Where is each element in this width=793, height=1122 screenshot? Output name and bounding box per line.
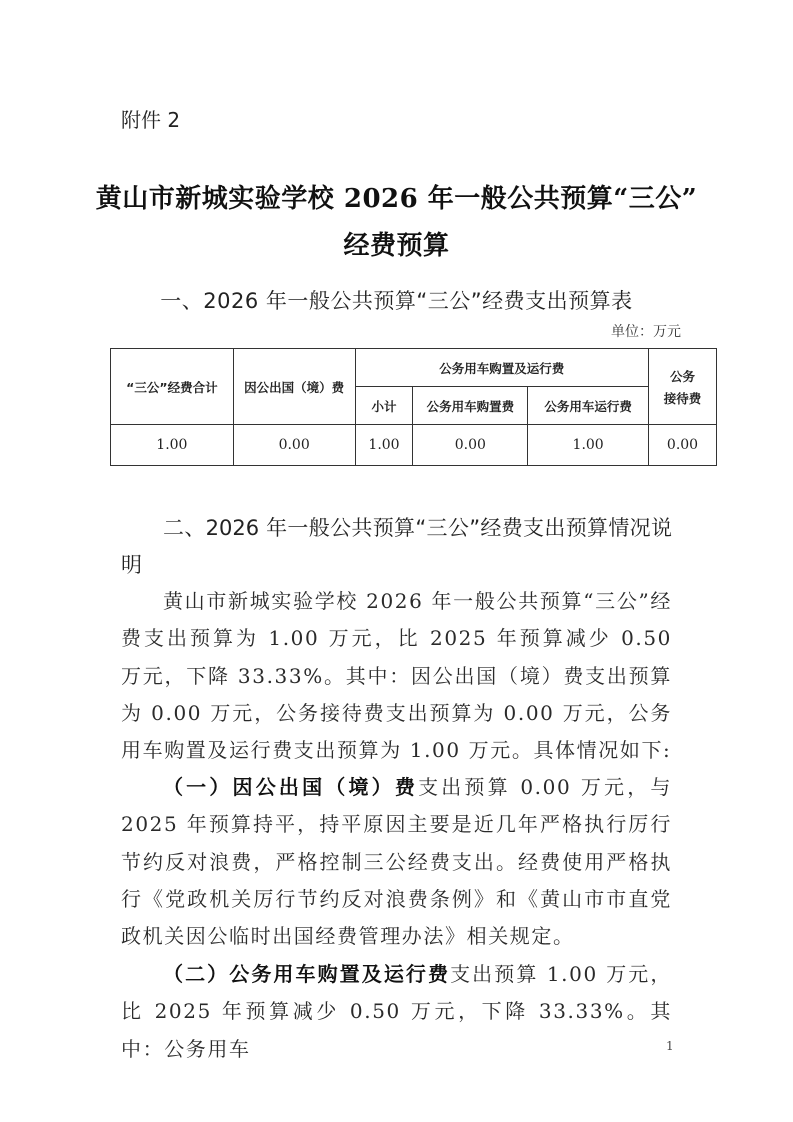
cell-reception: 0.00 [649,425,717,466]
budget-table: “三公”经费合计 因公出国（境）费 公务用车购置及运行费 公务 接待费 小计 公… [110,348,717,466]
attachment-label: 附件 2 [121,104,180,133]
unit-label: 单位：万元 [611,321,681,341]
header-vehicle-purchase: 公务用车购置费 [413,387,528,425]
paragraph-abroad: （一）因公出国（境）费支出预算 0.00 万元，与 2025 年预算持平，持平原… [121,769,672,955]
paragraph-vehicle-heading: （二）公务用车购置及运行费 [163,962,450,986]
section1-heading: 一、2026 年一般公共预算“三公”经费支出预算表 [0,285,793,315]
header-reception-line1: 公务 [649,367,716,385]
paragraph-abroad-text: 支出预算 0.00 万元，与 2025 年预算持平，持平原因主要是近几年严格执行… [121,775,672,948]
header-abroad: 因公出国（境）费 [233,349,355,425]
paragraph-vehicle: （二）公务用车购置及运行费支出预算 1.00 万元，比 2025 年预算减少 0… [121,956,672,1068]
paragraph-abroad-heading: （一）因公出国（境）费 [163,775,418,799]
header-vehicle-group: 公务用车购置及运行费 [355,349,648,387]
header-vehicle-operation: 公务用车运行费 [528,387,649,425]
cell-abroad: 0.00 [233,425,355,466]
header-reception: 公务 接待费 [649,349,717,425]
header-subtotal: 小计 [355,387,413,425]
cell-vehicle-operation: 1.00 [528,425,649,466]
header-total: “三公”经费合计 [111,349,234,425]
header-reception-line2: 接待费 [649,389,716,407]
cell-total: 1.00 [111,425,234,466]
page-number: 1 [666,1039,674,1053]
cell-subtotal: 1.00 [355,425,413,466]
table-row: 1.00 0.00 1.00 0.00 1.00 0.00 [111,425,717,466]
document-title-line2: 经费预算 [0,225,793,262]
cell-vehicle-purchase: 0.00 [413,425,528,466]
paragraph-summary: 黄山市新城实验学校 2026 年一般公共预算“三公”经费支出预算为 1.00 万… [121,583,672,769]
document-title-line1: 黄山市新城实验学校 2026 年一般公共预算“三公” [0,178,793,215]
section2-heading: 二、2026 年一般公共预算“三公”经费支出预算情况说明 [121,510,672,584]
